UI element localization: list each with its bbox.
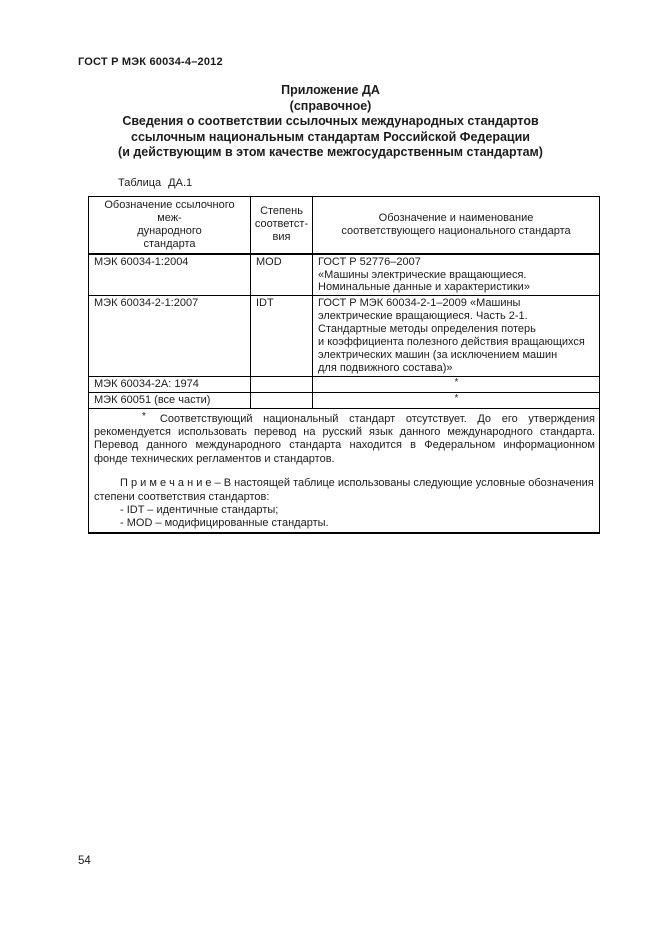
appendix-title-line: Приложение ДА	[0, 83, 661, 99]
table-footnote-row: *Соответствующий национальный стандарт о…	[89, 408, 600, 533]
cell-footnote-asterisk: *	[313, 376, 600, 392]
cell-international-standard: МЭК 60034-2-1:2007	[89, 296, 251, 376]
note-item-mod: - MOD – модифицированные стандарты.	[120, 517, 595, 530]
document-code: ГОСТ Р МЭК 60034-4–2012	[78, 56, 223, 68]
note-item-idt: - IDT – идентичные стандарты;	[120, 504, 595, 517]
table-caption: Таблица ДА.1	[118, 177, 192, 189]
cell-correspondence-degree	[251, 392, 313, 408]
footnote-text: Соответствующий национальный стандарт от…	[94, 413, 595, 465]
appendix-description-line-3: (и действующим в этом качестве межгосуда…	[0, 145, 661, 161]
cell-correspondence-degree: IDT	[251, 296, 313, 376]
appendix-title-block: Приложение ДА (справочное) Сведения о со…	[0, 83, 661, 161]
appendix-description-line-2: ссылочным национальным стандартам Россий…	[0, 130, 661, 146]
cell-international-standard: МЭК 60051 (все части)	[89, 392, 251, 408]
page-number: 54	[78, 855, 91, 867]
cell-national-standard: ГОСТ Р МЭК 60034-2-1–2009 «Машины электр…	[313, 296, 600, 376]
document-page: ГОСТ Р МЭК 60034-4–2012 Приложение ДА (с…	[0, 0, 661, 936]
footnote-paragraph: *Соответствующий национальный стандарт о…	[94, 410, 595, 467]
col-header-national-standard: Обозначение и наименование соответствующ…	[313, 197, 600, 254]
note-label: П р и м е ч а н и е	[120, 477, 212, 489]
table-row: МЭК 60034-1:2004 MOD ГОСТ Р 52776–2007 «…	[89, 254, 600, 296]
table-header: Обозначение ссылочного меж- дународного …	[89, 197, 600, 254]
cell-footnote-asterisk: *	[313, 392, 600, 408]
note-paragraph: П р и м е ч а н и е – В настоящей таблиц…	[94, 477, 595, 504]
table-row: МЭК 60034-2-1:2007 IDT ГОСТ Р МЭК 60034-…	[89, 296, 600, 376]
appendix-description-line-1: Сведения о соответствии ссылочных междун…	[0, 114, 661, 130]
table-footnote-cell: *Соответствующий национальный стандарт о…	[89, 408, 600, 533]
cell-correspondence-degree: MOD	[251, 254, 313, 296]
cell-correspondence-degree	[251, 376, 313, 392]
col-header-correspondence-degree: Степень соответст- вия	[251, 197, 313, 254]
cell-international-standard: МЭК 60034-1:2004	[89, 254, 251, 296]
standards-correspondence-table: Обозначение ссылочного меж- дународного …	[88, 196, 600, 534]
col-header-international-standard: Обозначение ссылочного меж- дународного …	[89, 197, 251, 254]
footnote-asterisk-marker: *	[118, 410, 146, 423]
appendix-subtitle-line: (справочное)	[0, 99, 661, 115]
table-row: МЭК 60034-2А: 1974 *	[89, 376, 600, 392]
table-row: МЭК 60051 (все части) *	[89, 392, 600, 408]
cell-national-standard: ГОСТ Р 52776–2007 «Машины электрические …	[313, 254, 600, 296]
cell-international-standard: МЭК 60034-2А: 1974	[89, 376, 251, 392]
